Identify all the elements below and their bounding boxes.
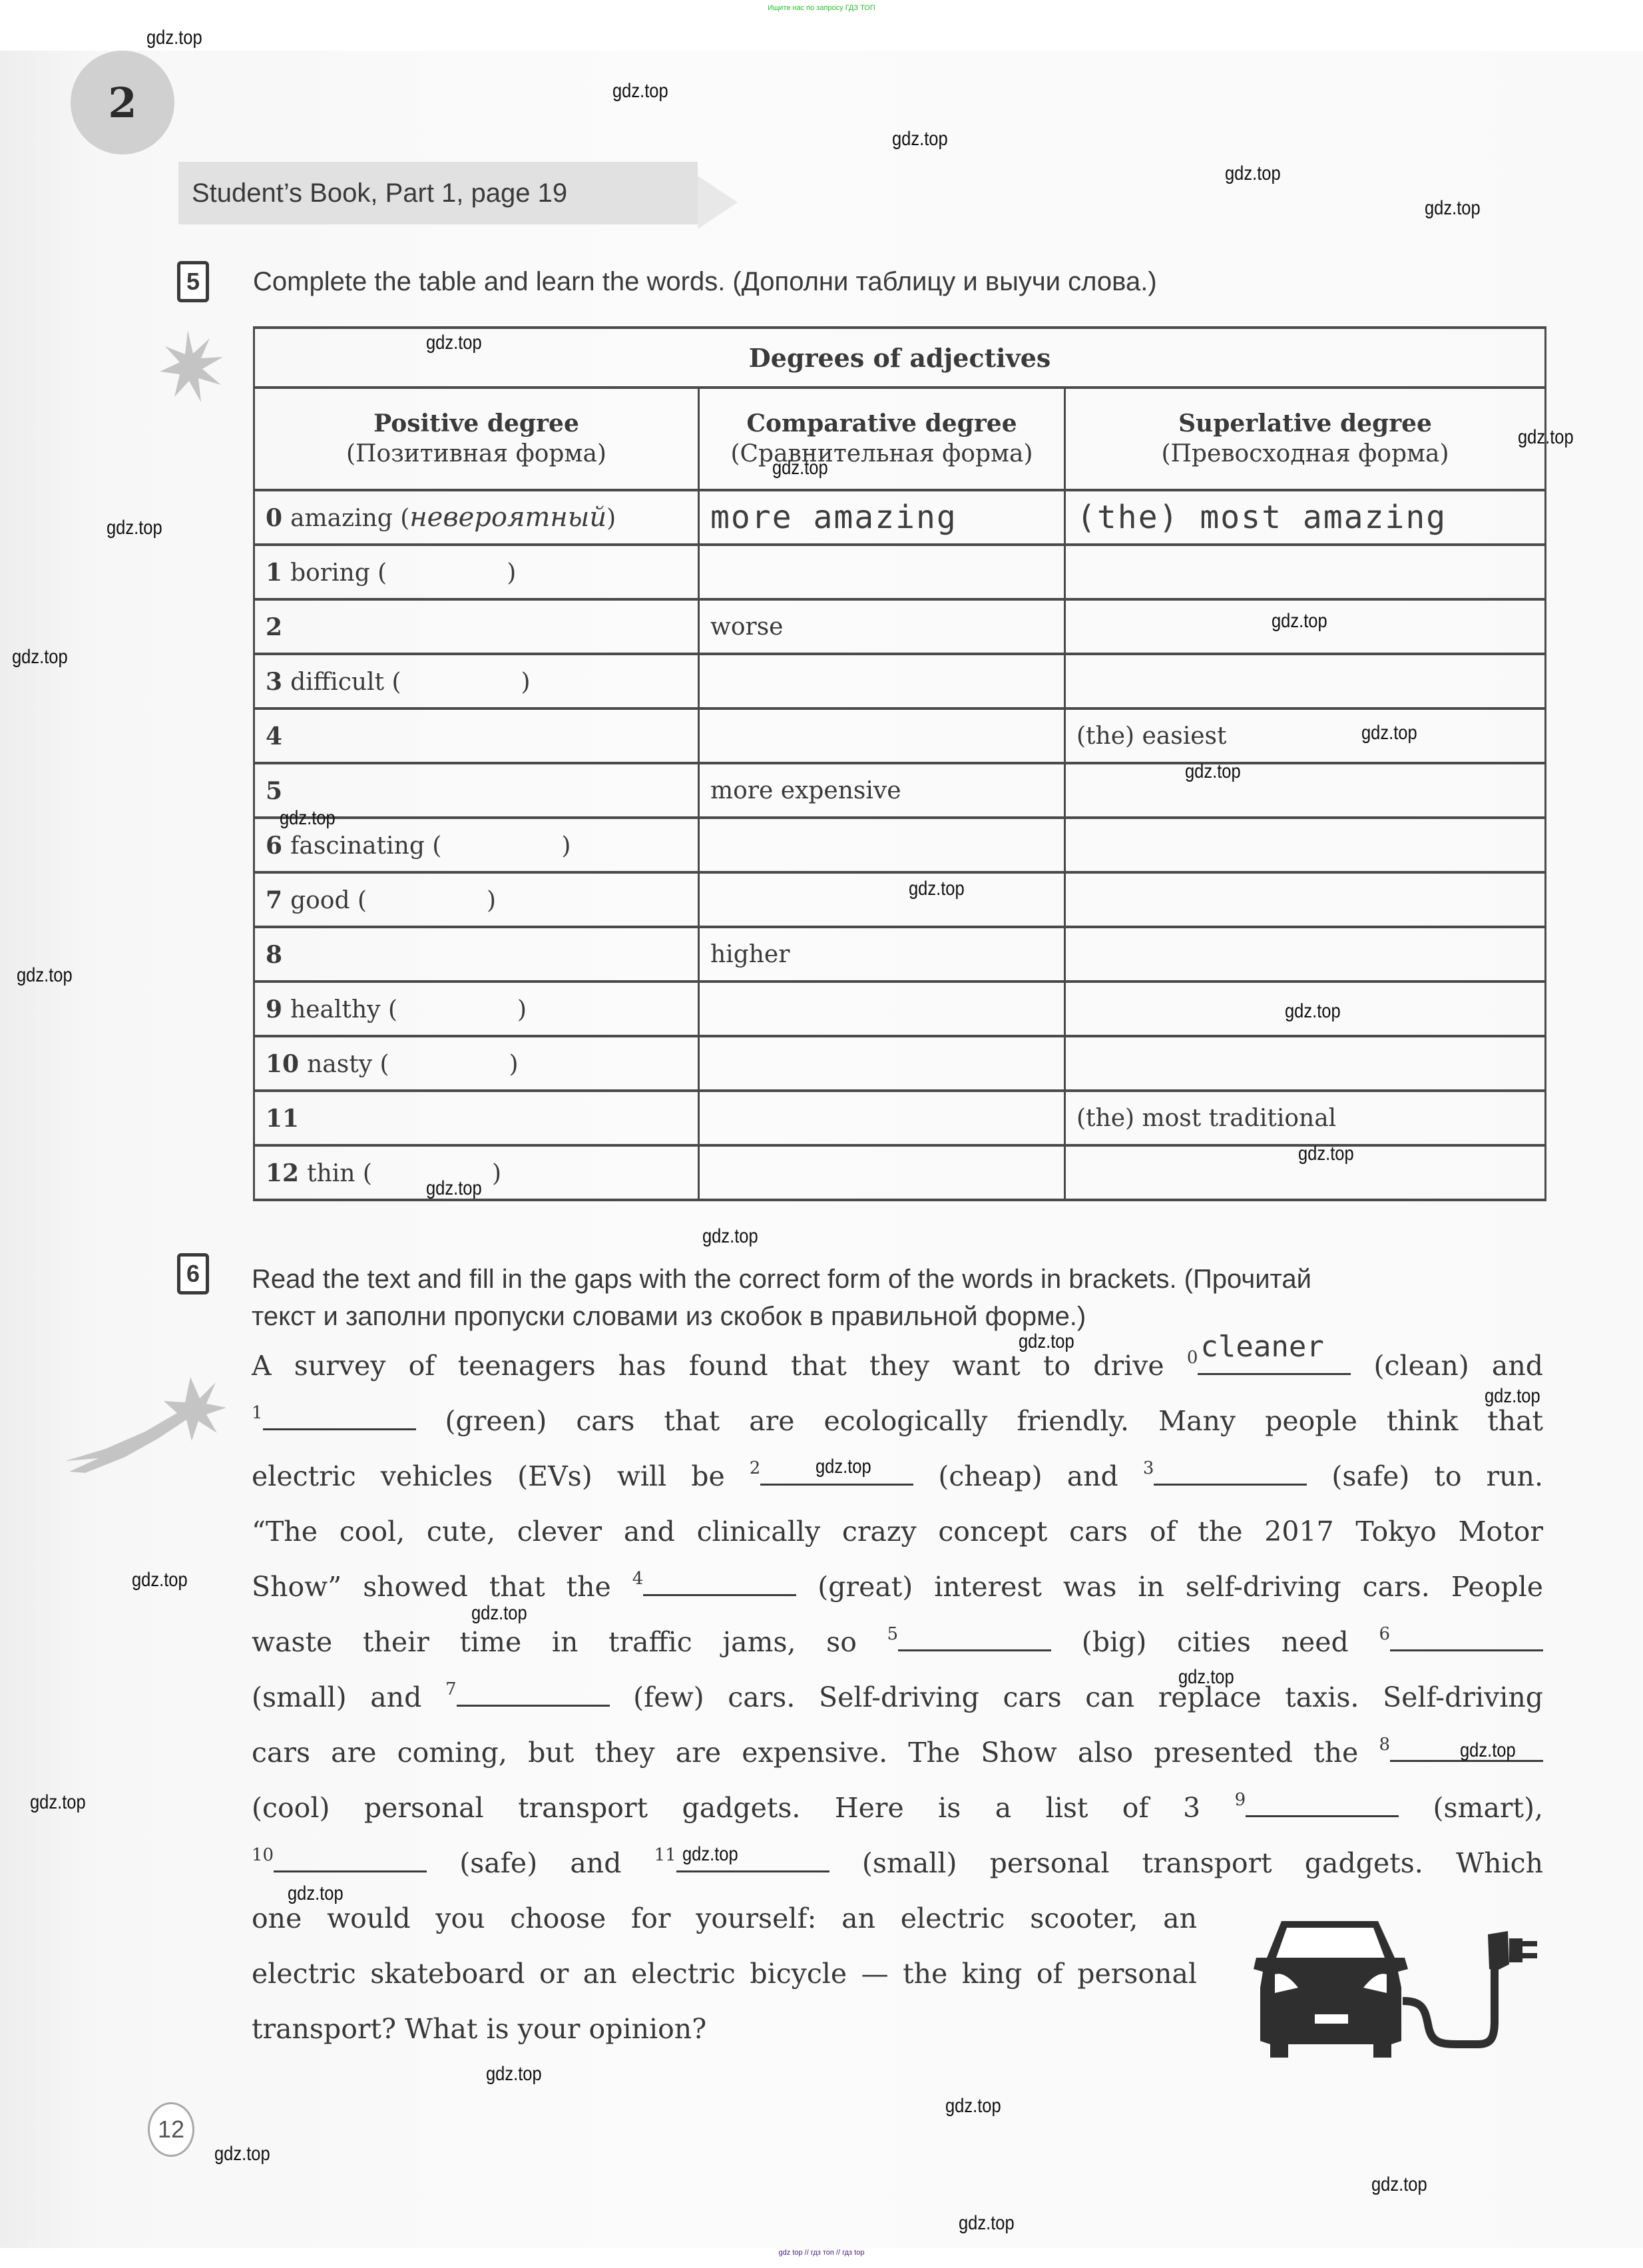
column-header-comparative: Comparative degree (Сравнительная форма) bbox=[699, 388, 1065, 490]
gap-number: 6 bbox=[1379, 1624, 1390, 1644]
passage-line: 10 (safe) and 11 (small) personal transp… bbox=[252, 1836, 1543, 1891]
passage-text: (cool) personal transport gadgets. Here … bbox=[252, 1792, 1235, 1824]
row-number: 4 bbox=[266, 722, 282, 750]
positive-word: thin ( bbox=[307, 1160, 372, 1187]
row-number: 0 bbox=[266, 504, 282, 532]
row-number: 10 bbox=[266, 1050, 299, 1078]
column-en: Comparative degree bbox=[746, 410, 1017, 437]
gap-number: 7 bbox=[445, 1679, 457, 1699]
close-bracket: ) bbox=[606, 505, 616, 532]
table-row: 3difficult () bbox=[254, 654, 1546, 709]
watermark-text: gdz.top bbox=[909, 878, 965, 900]
gap-input-7[interactable] bbox=[457, 1678, 610, 1707]
gap-input-10[interactable] bbox=[274, 1844, 427, 1872]
row-number: 12 bbox=[266, 1159, 299, 1187]
ribbon-arrow-icon bbox=[698, 176, 738, 229]
passage-line: (small) and 7 (few) cars. Self-driving c… bbox=[252, 1670, 1543, 1725]
watermark-text: gdz.top bbox=[682, 1843, 738, 1866]
row-number: 9 bbox=[266, 995, 282, 1023]
superlative-cell[interactable] bbox=[1065, 763, 1546, 818]
passage-text: electric skateboard or an electric bicyc… bbox=[252, 1958, 1197, 1990]
column-ru: (Позитивная форма) bbox=[266, 439, 687, 469]
passage-text: “The cool, cute, clever and clinically c… bbox=[252, 1516, 1543, 1548]
passage-line: transport? What is your opinion? bbox=[252, 2002, 1197, 2057]
passage-line: electric skateboard or an electric bicyc… bbox=[252, 1946, 1197, 2002]
positive-cell[interactable]: 4 bbox=[254, 709, 699, 763]
watermark-text: gdz.top bbox=[1425, 197, 1481, 220]
gap-input-5[interactable] bbox=[898, 1623, 1051, 1651]
positive-word: fascinating ( bbox=[290, 832, 441, 860]
bottom-banner: gdz top // гдз топ // гдз top bbox=[0, 2249, 1643, 2257]
gap-input-0[interactable]: cleaner bbox=[1198, 1346, 1351, 1375]
gap-number: 2 bbox=[750, 1458, 761, 1478]
page-number: 12 bbox=[148, 2102, 194, 2157]
positive-cell[interactable]: 7good () bbox=[254, 872, 699, 927]
row-number: 1 bbox=[266, 559, 282, 587]
superlative-cell[interactable] bbox=[1065, 1036, 1546, 1091]
exercise-6-instruction-line2: текст и заполни пропуски словами из скоб… bbox=[252, 1298, 1086, 1334]
comparative-cell[interactable] bbox=[699, 982, 1065, 1036]
watermark-text: gdz.top bbox=[959, 2212, 1015, 2235]
superlative-cell[interactable] bbox=[1065, 927, 1546, 982]
comparative-cell[interactable]: more expensive bbox=[699, 763, 1065, 818]
table-row: 1boring () bbox=[254, 545, 1546, 599]
column-header-positive: Positive degree (Позитивная форма) bbox=[254, 388, 699, 490]
comparative-cell[interactable]: more amazing bbox=[699, 490, 1065, 545]
gap-input-3[interactable] bbox=[1154, 1457, 1307, 1486]
gap-input-1[interactable] bbox=[263, 1402, 416, 1430]
section-ribbon: Student’s Book, Part 1, page 19 bbox=[178, 162, 698, 224]
superlative-cell[interactable] bbox=[1065, 545, 1546, 599]
watermark-text: gdz.top bbox=[772, 457, 828, 479]
positive-cell[interactable]: 0amazing (невероятный) bbox=[254, 490, 699, 545]
close-bracket: ) bbox=[509, 1051, 519, 1078]
passage-text: (smart), bbox=[1399, 1792, 1543, 1824]
superlative-cell[interactable] bbox=[1065, 818, 1546, 872]
comparative-cell[interactable] bbox=[699, 1036, 1065, 1091]
passage-line: electric vehicles (EVs) will be 2 (cheap… bbox=[252, 1449, 1543, 1504]
watermark-text: gdz.top bbox=[426, 332, 482, 354]
column-ru: (Превосходная форма) bbox=[1076, 439, 1534, 469]
gap-number: 1 bbox=[252, 1403, 263, 1423]
watermark-text: gdz.top bbox=[1272, 610, 1327, 633]
superlative-value: (the) most traditional bbox=[1076, 1105, 1336, 1132]
positive-word: good ( bbox=[290, 887, 367, 914]
degrees-table-body: 0amazing (невероятный)more amazing(the) … bbox=[254, 490, 1546, 1200]
watermark-text: gdz.top bbox=[1361, 722, 1417, 744]
comparative-cell[interactable]: higher bbox=[699, 927, 1065, 982]
passage-text: A survey of teenagers has found that the… bbox=[252, 1350, 1187, 1382]
superlative-value: (the) most amazing bbox=[1076, 499, 1447, 536]
watermark-text: gdz.top bbox=[892, 128, 948, 150]
gap-number: 0 bbox=[1187, 1348, 1198, 1368]
gap-number: 10 bbox=[252, 1845, 274, 1865]
watermark-text: gdz.top bbox=[12, 646, 68, 669]
shooting-star-icon bbox=[59, 1358, 232, 1478]
gap-number: 8 bbox=[1379, 1735, 1390, 1755]
passage-text: one would you choose for yourself: an el… bbox=[252, 1902, 1197, 1934]
gap-number: 9 bbox=[1235, 1790, 1246, 1810]
degrees-table: Degrees of adjectives Positive degree (П… bbox=[253, 326, 1546, 1201]
exercise-6-instruction-line1: Read the text and fill in the gaps with … bbox=[252, 1261, 1311, 1297]
electric-car-charging-icon bbox=[1248, 1908, 1548, 2061]
column-ru: (Сравнительная форма) bbox=[710, 439, 1053, 469]
comparative-value: higher bbox=[710, 941, 790, 968]
gap-number: 4 bbox=[632, 1569, 644, 1589]
watermark-text: gdz.top bbox=[30, 1791, 86, 1814]
passage-text: (clean) and bbox=[1351, 1350, 1543, 1382]
close-bracket: ) bbox=[517, 996, 527, 1023]
watermark-text: gdz.top bbox=[702, 1225, 758, 1248]
passage-line: waste their time in traffic jams, so 5 (… bbox=[252, 1615, 1543, 1670]
passage-text: (safe) and bbox=[427, 1847, 654, 1879]
positive-cell[interactable]: 1boring () bbox=[254, 545, 699, 599]
watermark-text: gdz.top bbox=[486, 2063, 542, 2086]
passage-text: (green) cars that are ecologically frien… bbox=[416, 1405, 1543, 1437]
passage-text: transport? What is your opinion? bbox=[252, 2013, 706, 2045]
superlative-cell[interactable]: (the) most amazing bbox=[1065, 490, 1546, 545]
watermark-text: gdz.top bbox=[132, 1569, 188, 1591]
watermark-text: gdz.top bbox=[471, 1602, 527, 1625]
top-banner: Ищите нас по запросу ГДЗ ТОП bbox=[0, 4, 1643, 12]
close-bracket: ) bbox=[507, 559, 516, 587]
comparative-cell[interactable] bbox=[699, 545, 1065, 599]
exercise-5-instruction: Complete the table and learn the words. … bbox=[253, 264, 1157, 300]
watermark-text: gdz.top bbox=[945, 2095, 1001, 2118]
table-row: 0amazing (невероятный)more amazing(the) … bbox=[254, 490, 1546, 545]
watermark-text: gdz.top bbox=[1019, 1330, 1074, 1353]
watermark-text: gdz.top bbox=[1178, 1666, 1234, 1689]
comparative-value: more amazing bbox=[710, 499, 957, 536]
comparative-cell[interactable]: worse bbox=[699, 599, 1065, 654]
positive-cell[interactable]: 9healthy () bbox=[254, 982, 699, 1036]
superlative-cell[interactable] bbox=[1065, 654, 1546, 709]
column-en: Positive degree bbox=[373, 410, 579, 437]
watermark-text: gdz.top bbox=[288, 1882, 344, 1905]
superlative-cell[interactable]: (the) easiest bbox=[1065, 709, 1546, 763]
positive-cell[interactable]: 10nasty () bbox=[254, 1036, 699, 1091]
unit-number-badge: 2 bbox=[71, 51, 174, 154]
close-bracket: ) bbox=[487, 887, 496, 914]
positive-word: healthy ( bbox=[290, 996, 397, 1023]
passage-line: (cool) personal transport gadgets. Here … bbox=[252, 1781, 1543, 1836]
comparative-value: worse bbox=[710, 613, 783, 641]
table-row: 10nasty () bbox=[254, 1036, 1546, 1091]
gap-number: 5 bbox=[887, 1624, 899, 1644]
star-icon bbox=[160, 330, 226, 404]
gap-input-6[interactable] bbox=[1390, 1623, 1543, 1651]
translation-answer[interactable]: невероятный bbox=[409, 502, 606, 533]
passage-text: (safe) to run. bbox=[1307, 1460, 1543, 1492]
passage-line: 1 (green) cars that are ecologically fri… bbox=[252, 1394, 1543, 1449]
passage-text: waste their time in traffic jams, so bbox=[252, 1626, 887, 1658]
exercise-5-number: 5 bbox=[177, 261, 209, 302]
table-row: 5more expensive bbox=[254, 763, 1546, 818]
superlative-cell[interactable]: (the) most traditional bbox=[1065, 1091, 1546, 1145]
watermark-text: gdz.top bbox=[1371, 2173, 1427, 2196]
watermark-text: gdz.top bbox=[1298, 1143, 1354, 1165]
passage-text: (few) cars. Self-driving cars can replac… bbox=[610, 1681, 1544, 1713]
positive-cell[interactable]: 8 bbox=[254, 927, 699, 982]
positive-cell[interactable]: 11 bbox=[254, 1091, 699, 1145]
comparative-cell[interactable] bbox=[699, 872, 1065, 927]
passage-text: (small) personal transport gadgets. Whic… bbox=[829, 1847, 1543, 1879]
row-number: 6 bbox=[266, 832, 282, 860]
table-row: 8higher bbox=[254, 927, 1546, 982]
close-bracket: ) bbox=[521, 669, 531, 696]
watermark-text: gdz.top bbox=[1185, 760, 1241, 783]
watermark-text: gdz.top bbox=[17, 964, 73, 987]
watermark-text: gdz.top bbox=[214, 2143, 270, 2165]
comparative-cell[interactable] bbox=[699, 1091, 1065, 1145]
watermark-text: gdz.top bbox=[1460, 1739, 1516, 1762]
watermark-text: gdz.top bbox=[816, 1456, 871, 1478]
passage-line: A survey of teenagers has found that the… bbox=[252, 1338, 1543, 1394]
gap-input-4[interactable] bbox=[643, 1567, 796, 1596]
passage-text: Show” showed that the bbox=[252, 1571, 632, 1603]
watermark-text: gdz.top bbox=[280, 807, 336, 830]
table-row: 7good () bbox=[254, 872, 1546, 927]
passage-text: (great) interest was in self-driving car… bbox=[796, 1571, 1543, 1603]
close-bracket: ) bbox=[561, 832, 571, 860]
column-header-superlative: Superlative degree (Превосходная форма) bbox=[1065, 388, 1546, 490]
row-number: 5 bbox=[266, 777, 282, 805]
row-number: 11 bbox=[266, 1105, 299, 1133]
passage-text: electric vehicles (EVs) will be bbox=[252, 1460, 750, 1492]
gap-number: 3 bbox=[1143, 1458, 1154, 1478]
comparative-value: more expensive bbox=[710, 777, 901, 804]
watermark-text: gdz.top bbox=[1485, 1385, 1540, 1408]
positive-word: difficult ( bbox=[290, 669, 401, 696]
positive-cell[interactable]: 2 bbox=[254, 599, 699, 654]
comparative-cell[interactable] bbox=[699, 1145, 1065, 1200]
passage-text: (big) cities need bbox=[1051, 1626, 1379, 1658]
table-row: 9healthy () bbox=[254, 982, 1546, 1036]
table-row: 6fascinating () bbox=[254, 818, 1546, 872]
gap-answer: cleaner bbox=[1200, 1319, 1323, 1374]
positive-cell[interactable]: 3difficult () bbox=[254, 654, 699, 709]
watermark-text: gdz.top bbox=[1225, 162, 1281, 185]
row-number: 8 bbox=[266, 941, 282, 969]
comparative-cell[interactable] bbox=[699, 709, 1065, 763]
passage-line: cars are coming, but they are expensive.… bbox=[252, 1725, 1543, 1781]
table-row: 4(the) easiest bbox=[254, 709, 1546, 763]
watermark-text: gdz.top bbox=[426, 1177, 482, 1200]
column-en: Superlative degree bbox=[1178, 410, 1432, 437]
passage-line: Show” showed that the 4 (great) interest… bbox=[252, 1559, 1543, 1615]
superlative-value: (the) easiest bbox=[1076, 722, 1227, 750]
gap-number: 11 bbox=[654, 1845, 676, 1865]
comparative-cell[interactable] bbox=[699, 818, 1065, 872]
comparative-cell[interactable] bbox=[699, 654, 1065, 709]
passage-text: cars are coming, but they are expensive.… bbox=[252, 1737, 1379, 1769]
row-number: 3 bbox=[266, 668, 282, 696]
watermark-text: gdz.top bbox=[107, 517, 162, 539]
passage-line: one would you choose for yourself: an el… bbox=[252, 1891, 1197, 1946]
positive-word: amazing ( bbox=[290, 505, 409, 532]
passage-text: (cheap) and bbox=[913, 1460, 1143, 1492]
row-number: 2 bbox=[266, 613, 282, 641]
superlative-cell[interactable] bbox=[1065, 872, 1546, 927]
passage-line: “The cool, cute, clever and clinically c… bbox=[252, 1504, 1543, 1559]
positive-word: boring ( bbox=[290, 559, 387, 587]
exercise-6-number: 6 bbox=[177, 1253, 209, 1294]
row-number: 7 bbox=[266, 886, 282, 914]
watermark-text: gdz.top bbox=[1285, 1000, 1341, 1023]
watermark-text: gdz.top bbox=[146, 27, 202, 49]
table-row: 11(the) most traditional bbox=[254, 1091, 1546, 1145]
watermark-text: gdz.top bbox=[612, 80, 668, 103]
table-row: 2worse bbox=[254, 599, 1546, 654]
close-bracket: ) bbox=[492, 1160, 501, 1187]
watermark-text: gdz.top bbox=[1518, 426, 1574, 449]
gap-input-9[interactable] bbox=[1246, 1789, 1399, 1817]
positive-word: nasty ( bbox=[307, 1051, 389, 1078]
passage-text: (small) and bbox=[252, 1681, 445, 1713]
